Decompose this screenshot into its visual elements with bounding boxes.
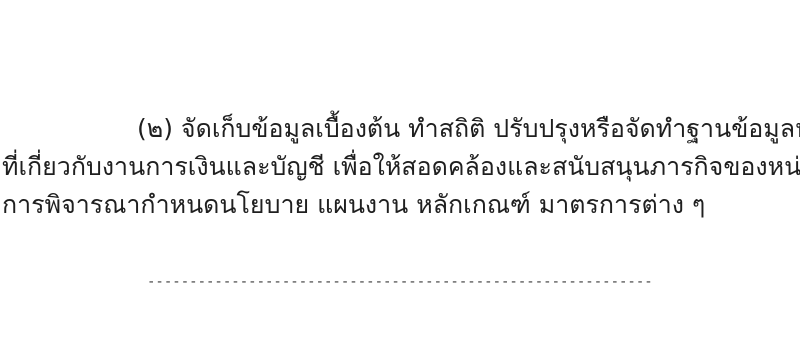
paragraph-line-3: การพิจารณากำหนดนโยบาย แผนงาน หลักเกณฑ์ ม… [2, 186, 798, 224]
body-paragraph: (๒) จัดเก็บข้อมูลเบื้องต้น ทำสถิติ ปรับป… [2, 110, 798, 224]
paragraph-line-1: (๒) จัดเก็บข้อมูลเบื้องต้น ทำสถิติ ปรับป… [2, 110, 798, 148]
paragraph-line-2: ที่เกี่ยวกับงานการเงินและบัญชี เพื่อให้ส… [2, 148, 798, 186]
document-page: (๒) จัดเก็บข้อมูลเบื้องต้น ทำสถิติ ปรับป… [0, 0, 800, 364]
dashed-divider: ----------------------------------------… [147, 272, 667, 292]
